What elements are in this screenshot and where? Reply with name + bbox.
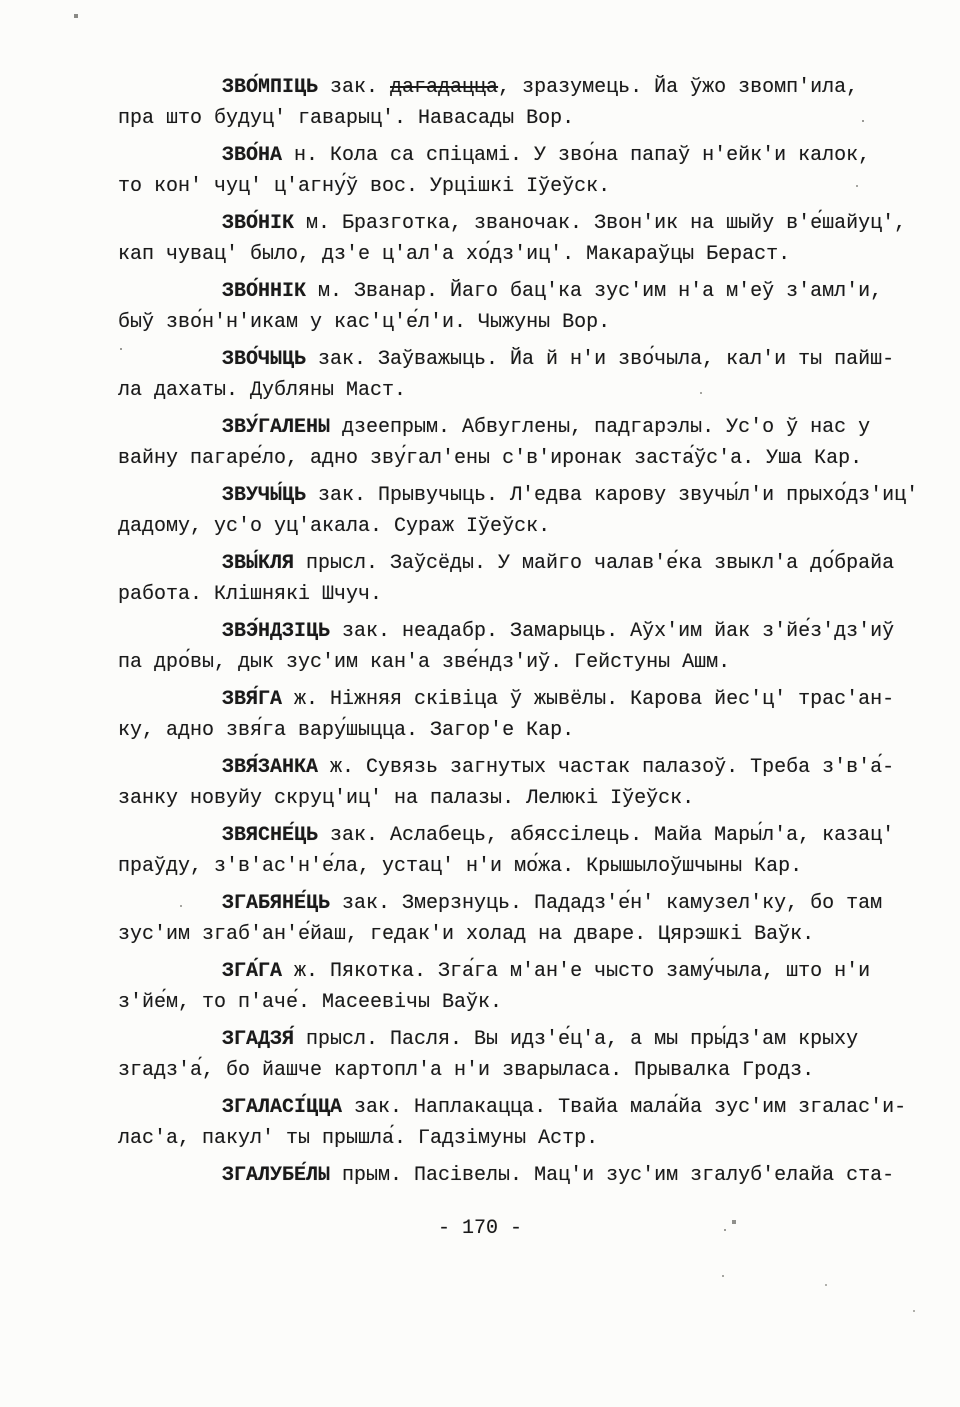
entry-headword: ЗВО́МПІЦЬ xyxy=(222,76,318,99)
dictionary-entry: ЗВО́МПІЦЬ зак. дагадацца, зразумець. Йа … xyxy=(118,72,960,134)
entry-headword: ЗВЭ́НДЗІЦЬ xyxy=(222,620,330,643)
entry-headword: ЗГАБЯНЕ́ЦЬ xyxy=(222,892,330,915)
entry-headword: ЗВУ́ГАЛЕНЫ xyxy=(222,416,330,439)
dictionary-entry: ЗВЭ́НДЗІЦЬ зак. неадабр. Замарыць. Аўх'и… xyxy=(118,616,960,678)
dictionary-entry: ЗВУЧЫ́ЦЬ зак. Прывучыць. Л'едва карову з… xyxy=(118,480,960,542)
entry-headword: ЗВЫ́КЛЯ xyxy=(222,552,294,575)
entry-struck-word: дагадацца xyxy=(390,76,498,99)
dictionary-entry: ЗГАБЯНЕ́ЦЬ зак. Змерзнуць. Пададз'е́н' к… xyxy=(118,888,960,950)
scan-specks xyxy=(0,0,2,2)
entry-headword: ЗВО́ЧЫЦЬ xyxy=(222,348,306,371)
dictionary-entry: ЗГАЛАСІ́ЦЦА зак. Наплакацца. Твайа мала́… xyxy=(118,1092,960,1154)
dictionary-entry: ЗГАЛУБЕ́ЛЫ прым. Пасівелы. Мац'и зус'им … xyxy=(118,1160,960,1191)
dictionary-entry: ЗВЫ́КЛЯ прысл. Заўсёды. У майго чалав'е́… xyxy=(118,548,960,610)
entry-headword: ЗВО́НА xyxy=(222,144,282,167)
page-number: - 170 - xyxy=(0,1213,960,1244)
dictionary-entry: ЗВЯ́ЗАНКА ж. Сувязь загнутых частак пала… xyxy=(118,752,960,814)
entry-headword: ЗВЯ́ЗАНКА xyxy=(222,756,318,779)
entry-headword: ЗГА́ГА xyxy=(222,960,282,983)
entry-headword: ЗВЯ́ГА xyxy=(222,688,282,711)
dictionary-entry: ЗВУ́ГАЛЕНЫ дзеепрым. Абвуглены, падгарэл… xyxy=(118,412,960,474)
entry-headword: ЗВЯСНЕ́ЦЬ xyxy=(222,824,318,847)
dictionary-entry: ЗГАДЗЯ́ прысл. Пасля. Вы идз'е́ц'а, а мы… xyxy=(118,1024,960,1086)
dictionary-entry: ЗВЯСНЕ́ЦЬ зак. Аслабець, абяссілець. Май… xyxy=(118,820,960,882)
dictionary-entry: ЗВО́ЧЫЦЬ зак. Заўважыць. Йа й н'и зво́чы… xyxy=(118,344,960,406)
entry-headword: ЗГАДЗЯ́ xyxy=(222,1028,294,1051)
dictionary-entry: ЗГА́ГА ж. Пякотка. Зга́га м'ан'е чысто з… xyxy=(118,956,960,1018)
entry-body: прым. Пасівелы. Мац'и зус'им згалуб'елай… xyxy=(330,1164,894,1187)
entry-headword: ЗГАЛУБЕ́ЛЫ xyxy=(222,1164,330,1187)
entry-headword: ЗГАЛАСІ́ЦЦА xyxy=(222,1096,342,1119)
dictionary-entry: ЗВЯ́ГА ж. Ніжняя сківіца ў жывёлы. Каров… xyxy=(118,684,960,746)
scanned-dictionary-page: ЗВО́МПІЦЬ зак. дагадацца, зразумець. Йа … xyxy=(0,0,960,1407)
entry-headword: ЗВО́ННІК xyxy=(222,280,306,303)
entry-body: зак. xyxy=(318,76,390,99)
dictionary-entry: ЗВО́ННІК м. Званар. Йаго бац'ка зус'им н… xyxy=(118,276,960,338)
entries-column: ЗВО́МПІЦЬ зак. дагадацца, зразумець. Йа … xyxy=(0,0,960,1191)
dictionary-entry: ЗВО́НА н. Кола са спіцамі. У зво́на папа… xyxy=(118,140,960,202)
dictionary-entry: ЗВО́НІК м. Бразготка, званочак. Звон'ик … xyxy=(118,208,960,270)
entry-headword: ЗВО́НІК xyxy=(222,212,294,235)
entry-headword: ЗВУЧЫ́ЦЬ xyxy=(222,484,306,507)
